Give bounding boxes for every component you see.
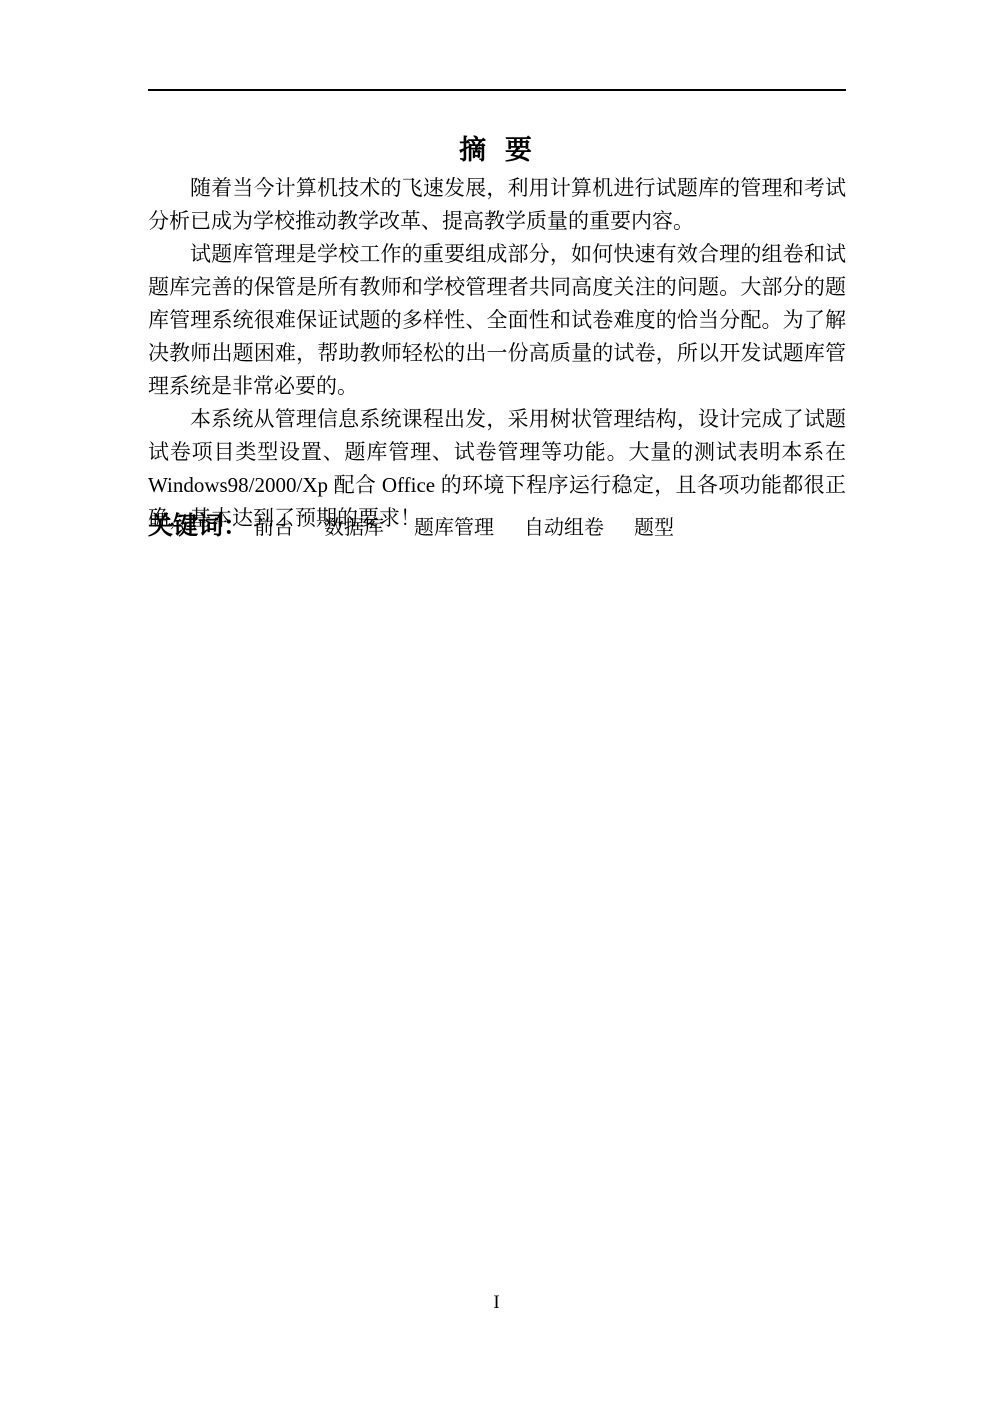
keyword-5: 题型	[634, 517, 674, 539]
keyword-3: 题库管理	[414, 517, 494, 539]
keywords-line: 关键词：前台数据库题库管理自动组卷题型	[148, 506, 908, 542]
header-rule	[148, 89, 846, 91]
abstract-paragraph-1: 随着当今计算机技术的飞速发展，利用计算机进行试题库的管理和考试分析已成为学校推动…	[148, 172, 846, 238]
abstract-paragraph-2: 试题库管理是学校工作的重要组成部分，如何快速有效合理的组卷和试题库完善的保管是所…	[148, 238, 846, 403]
keyword-2: 数据库	[324, 517, 384, 539]
abstract-body: 随着当今计算机技术的飞速发展，利用计算机进行试题库的管理和考试分析已成为学校推动…	[148, 172, 846, 535]
page-number: I	[0, 1292, 993, 1314]
page-title: 摘 要	[0, 128, 993, 167]
keyword-1: 前台	[254, 517, 294, 539]
keyword-4: 自动组卷	[524, 517, 604, 539]
keywords-label: 关键词：	[148, 512, 248, 540]
document-page: 摘 要 随着当今计算机技术的飞速发展，利用计算机进行试题库的管理和考试分析已成为…	[0, 0, 993, 1404]
